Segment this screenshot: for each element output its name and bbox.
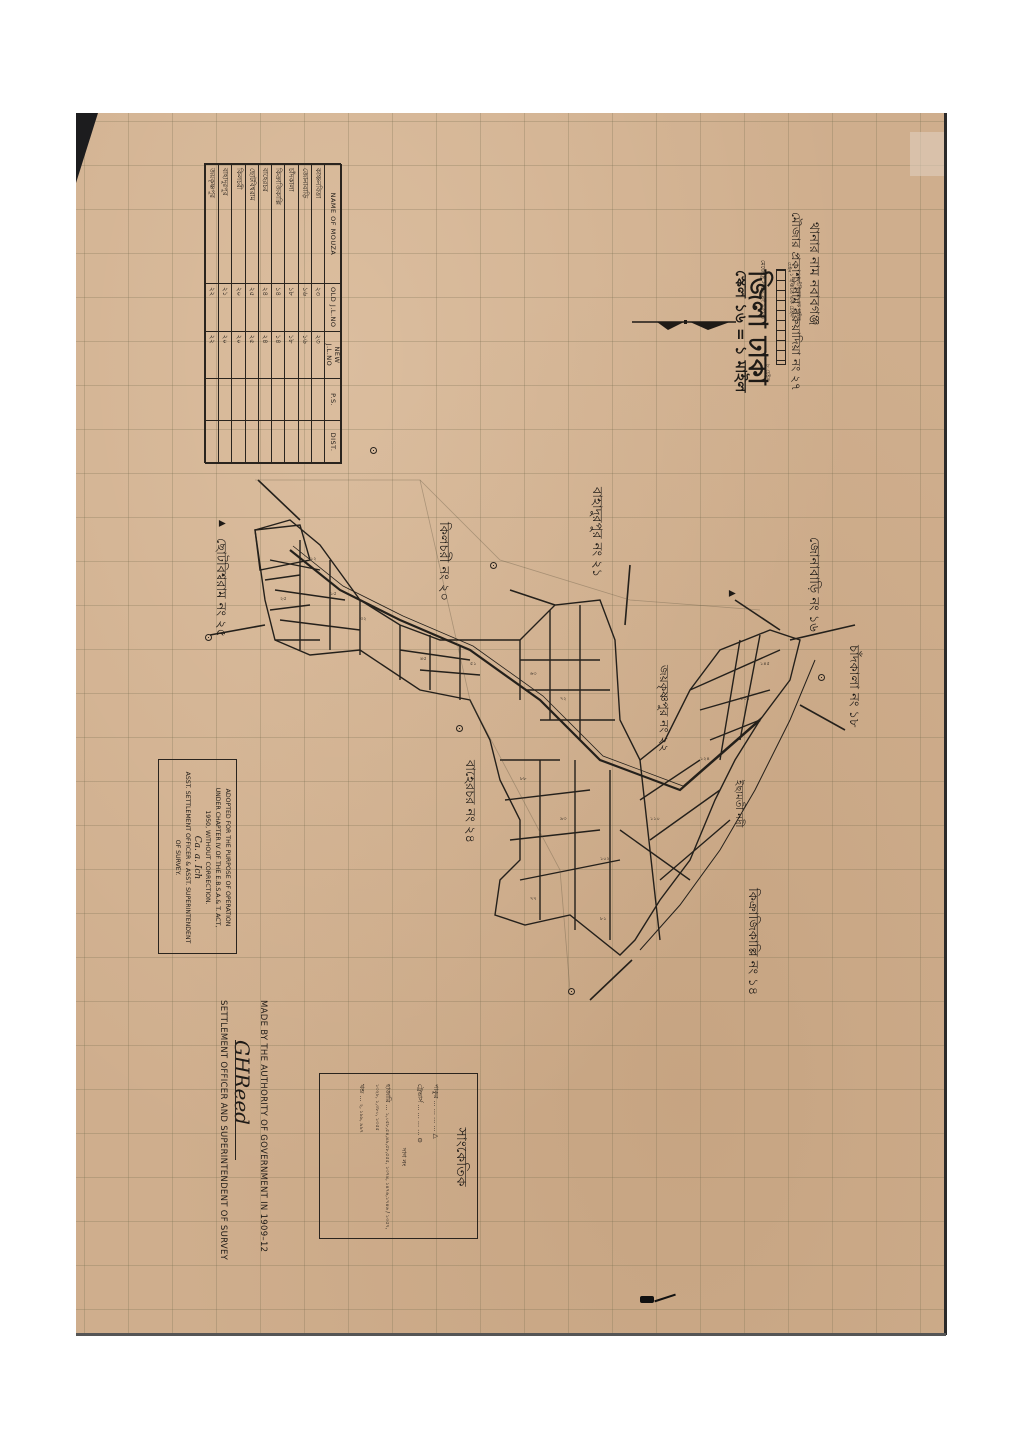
traverse-station-icon (818, 674, 825, 681)
adoption-line-1: ADOPTED FOR THE PURPOSE OF OPERATION (222, 760, 232, 955)
road (290, 550, 760, 790)
adoption-signature: Ca. a. Ich (192, 760, 202, 955)
traverse-station-icon (490, 562, 497, 569)
legend-box: সাংকেতিক পাকুর ... ... ... ... △ ট্রেভার… (319, 1073, 478, 1239)
label-kikrajikalli: কিক্রাজিকাল্লি নং ১৪ (741, 888, 762, 995)
adoption-line-3: 1950, WITHOUT CORRECTION. (202, 760, 212, 955)
signature-underline (235, 1040, 236, 1160)
label-baherchar: বাহেরচর নং ২৪ (458, 760, 479, 843)
legend-item-traverse: ট্রেভার্স ... ... ... ... ⊙ (414, 1084, 425, 1230)
cadastral-map: ১২১৫৩২ ৪৫৫১৬৩ ৭২৮৮৯৩ ১০২১১০১২৪ ১৩১১৪৫২৫ … (0, 0, 1024, 1447)
svg-text:৭৭: ৭৭ (530, 896, 537, 902)
svg-text:৫১: ৫১ (470, 661, 477, 667)
traverse-station-icon (568, 988, 575, 995)
legend-title: সাংকেতিক (449, 1084, 473, 1230)
svg-text:১৩১: ১৩১ (740, 696, 750, 702)
legend-item-hazari: হাজারি ... ১,০৫৮,৫৪,৪৯,৫৮,৫৫৫, ১৩৭৪, ১৪৭… (372, 1084, 393, 1230)
adoption-line-4: ASST. SETTLEMENT OFFICER & ASST. SUPERIN… (182, 760, 192, 955)
svg-text:১১০: ১১০ (650, 816, 660, 822)
legend-item-plot-number: দাগ নং (398, 1084, 409, 1230)
label-river: ইছামতী নদী (729, 780, 746, 827)
svg-text:২৫: ২৫ (280, 596, 287, 602)
authority-title: SETTLEMENT OFFICER AND SUPERINTENDENT OF… (218, 1000, 228, 1260)
svg-text:৯৩: ৯৩ (560, 816, 567, 822)
label-chandkala: চাঁদকালা নং ১৮ (842, 645, 863, 727)
traverse-station-icon: ⊙ (416, 1137, 424, 1142)
label-joykrishnapur: জয়কৃষ্ণপুর নং ২২ (652, 665, 672, 752)
svg-text:৭২: ৭২ (560, 696, 567, 702)
svg-text:৬৩: ৬৩ (530, 671, 537, 677)
tri-junction-icon: △ (432, 1134, 440, 1139)
legend-item-tri-junction: পাকুর ... ... ... ... △ (430, 1084, 441, 1230)
label-jonabari: জোনাবাড়ি নং ১৬ (802, 537, 823, 632)
svg-text:১২৪: ১২৪ (700, 756, 710, 762)
adoption-box: ADOPTED FOR THE PURPOSE OF OPERATION UND… (158, 759, 237, 954)
legend-item-khanda: খন্ড ... ২, ১৯৯, ৯৯৭ (356, 1084, 367, 1230)
adoption-line-5: OF SURVEY. (172, 760, 182, 955)
svg-text:১২: ১২ (310, 556, 317, 562)
svg-text:৩২: ৩২ (360, 616, 367, 622)
traverse-station-icon (456, 725, 463, 732)
authority-made-by: MADE BY THE AUTHORITY OF GOVERNMENT IN 1… (258, 1000, 268, 1252)
svg-text:১০২: ১০২ (600, 856, 610, 862)
svg-text:৮১: ৮১ (600, 916, 607, 922)
authority-signature: GHReed (230, 1040, 254, 1125)
adoption-line-2: UNDER CHAPTER IV OF THE E.B.S.A.& T. ACT… (212, 760, 222, 955)
tri-junction-icon: ▲ (217, 520, 227, 527)
label-chhotobishram: ছোটবিশ্বরাম নং ২৫ (209, 538, 230, 637)
traverse-station-icon (370, 447, 377, 454)
svg-text:৮৮: ৮৮ (520, 776, 527, 782)
label-kilchari: কিলচরী নং ২০ (432, 522, 453, 601)
ink-blot (640, 1296, 654, 1303)
mouza-boundary (255, 520, 800, 955)
label-bahadurpur: বাহাদুরপুর নং ২১ (585, 487, 606, 577)
svg-text:১৪৫: ১৪৫ (760, 661, 770, 667)
tri-junction-icon: ▲ (727, 590, 737, 597)
svg-text:১৫: ১৫ (330, 591, 337, 597)
svg-text:৪৫: ৪৫ (420, 656, 427, 662)
